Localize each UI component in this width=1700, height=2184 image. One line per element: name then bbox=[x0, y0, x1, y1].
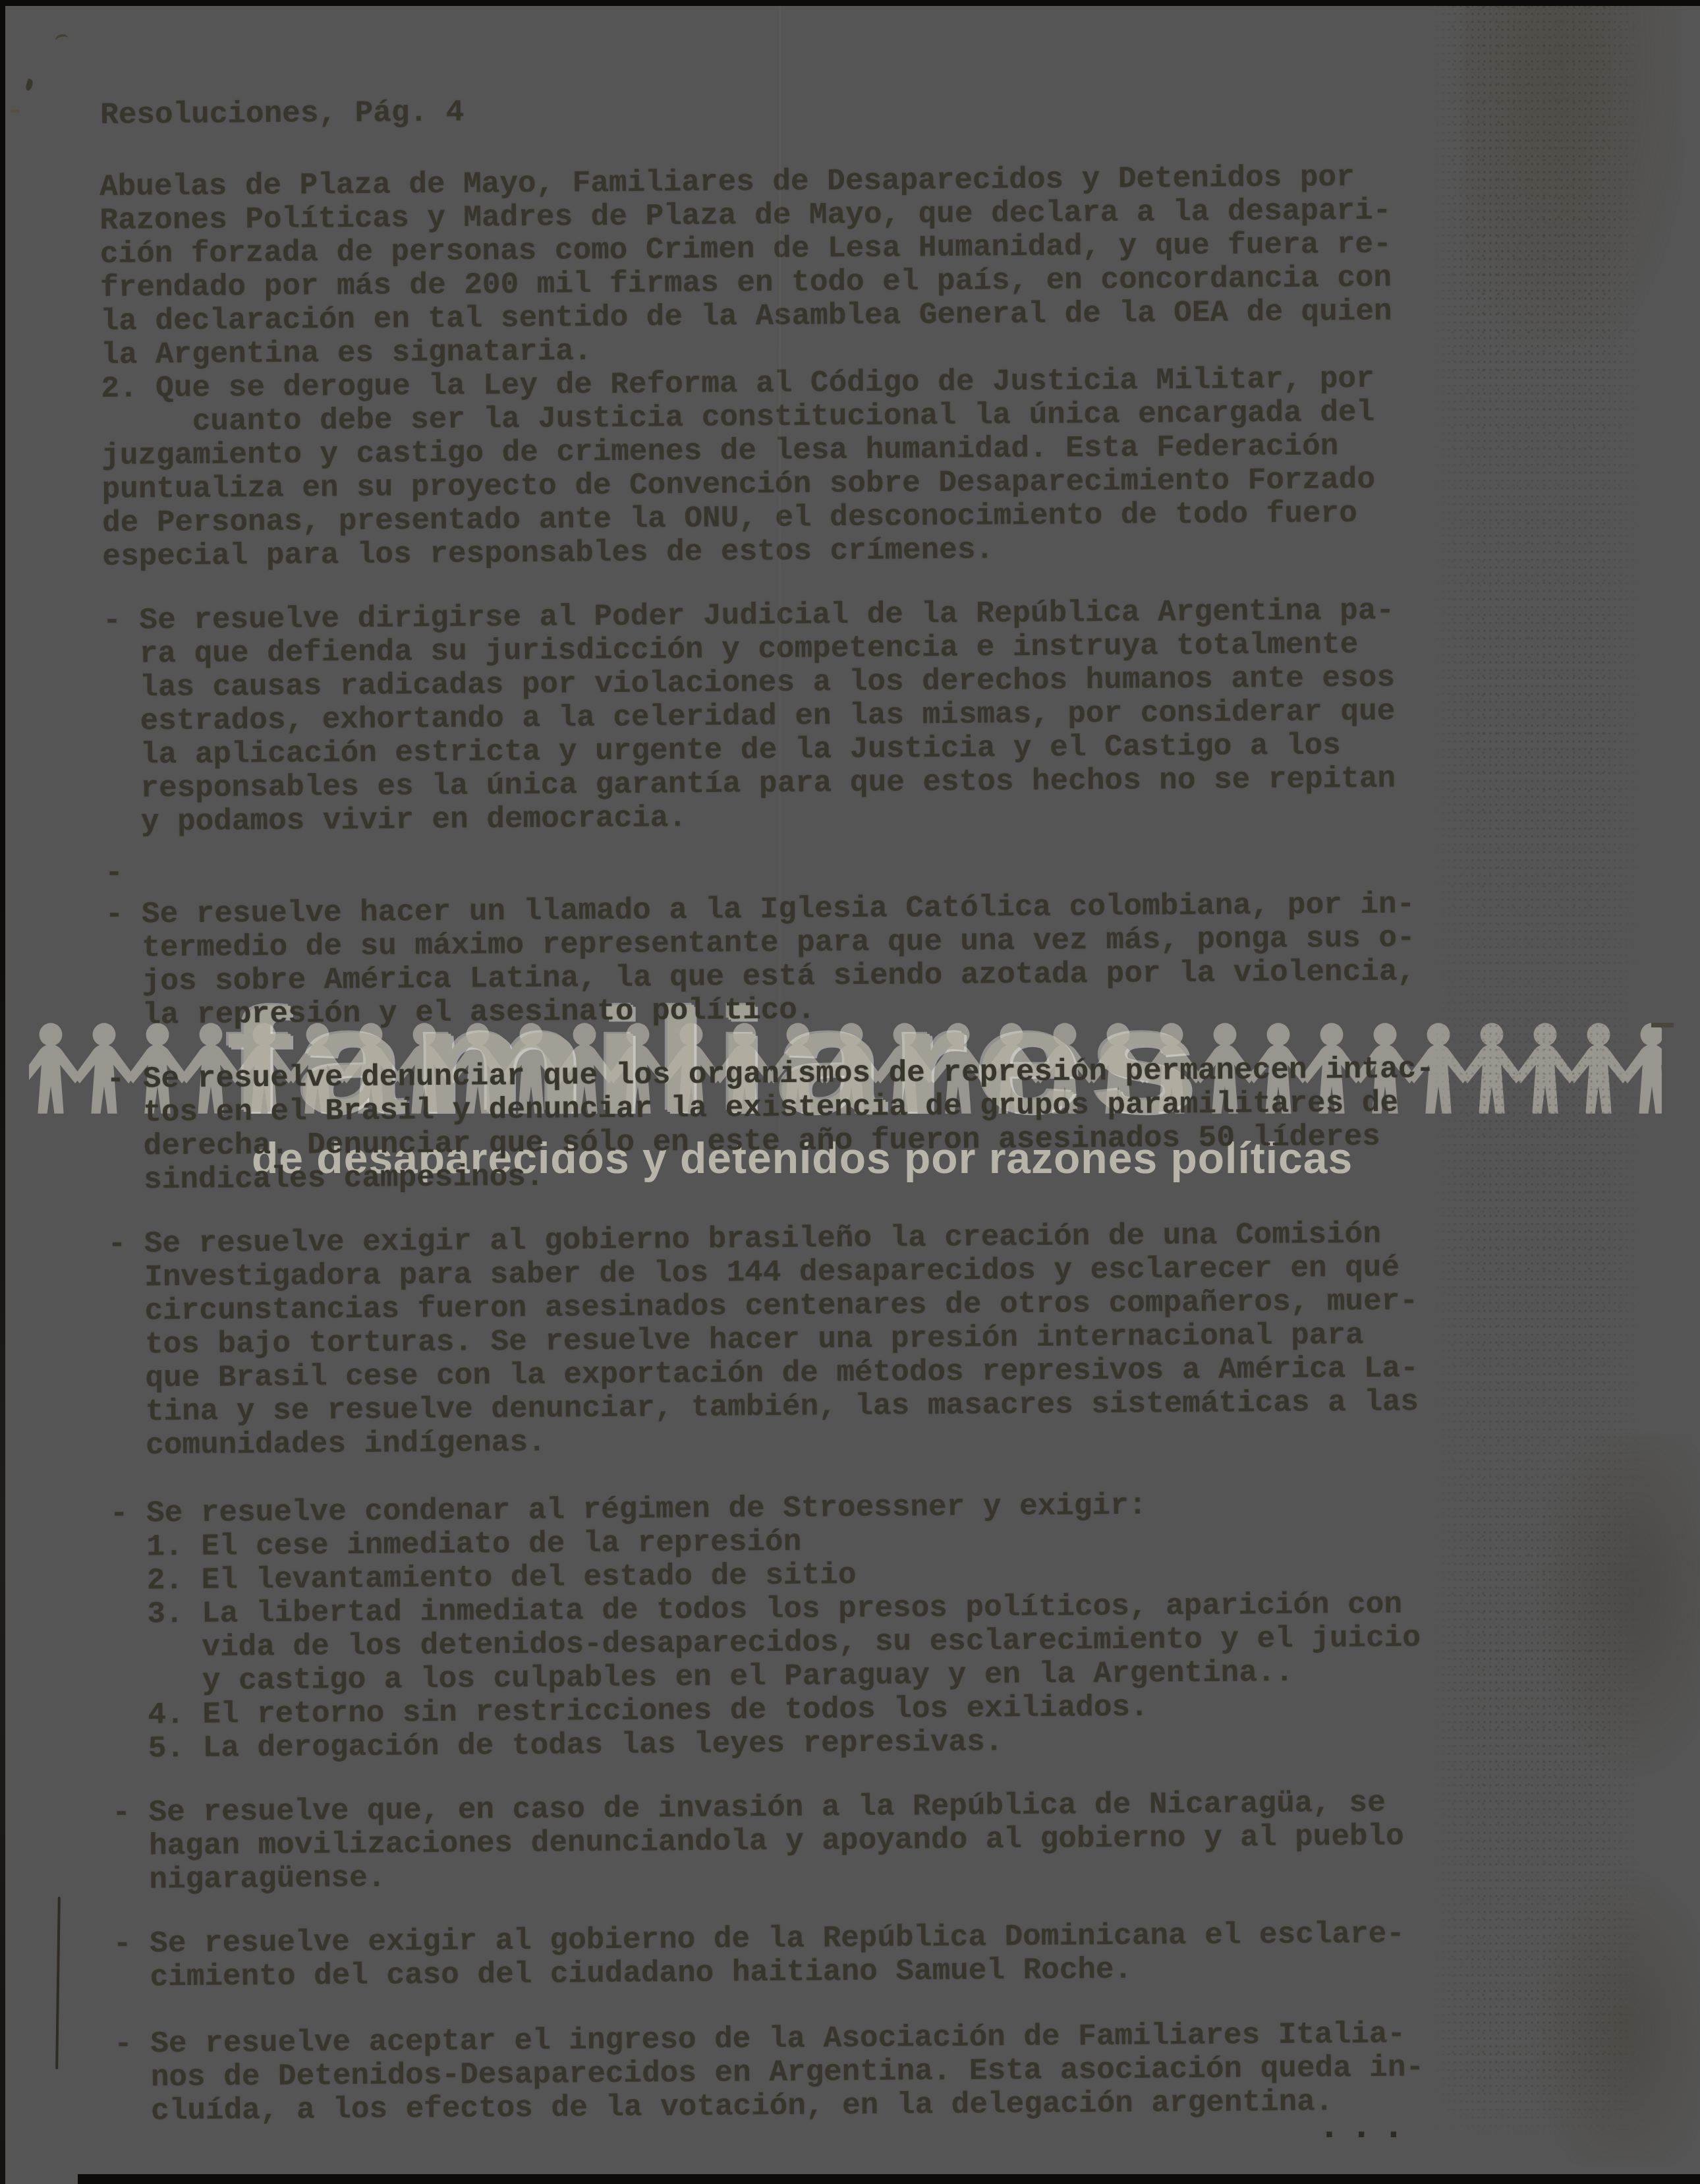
scanned-document-page: familiares de desaparecidos y detenidos … bbox=[0, 0, 1700, 2184]
scan-edge-left bbox=[0, 0, 5, 2184]
resolution-brasil-denuncia: - Se resuelve denunciar que los organism… bbox=[106, 1051, 1636, 1197]
scan-edge-top bbox=[0, 0, 1700, 6]
stray-pen-stroke bbox=[55, 1897, 61, 2069]
continuation-ellipsis: ... bbox=[1318, 2106, 1414, 2149]
resolution-iglesia: - Se resuelve hacer un llamado a la Igle… bbox=[105, 886, 1635, 1033]
stray-comma-mark bbox=[24, 78, 34, 92]
resolution-stroessner: - Se resuelve condenar al régimen de Str… bbox=[110, 1485, 1641, 1766]
toner-smudge-top-right bbox=[1463, 0, 1680, 343]
numbered-item-2: 2. Que se derogue la Ley de Reforma al C… bbox=[101, 360, 1631, 574]
resolution-nicaragua: - Se resuelve que, en caso de invasión a… bbox=[112, 1785, 1641, 1897]
toner-smudge-mid-right bbox=[1535, 1437, 1700, 1779]
toner-smudge-bottom-right bbox=[1535, 1872, 1700, 2162]
stray-dash-line: - bbox=[105, 845, 1633, 890]
resolution-dominicana: - Se resuelve exigir al gobierno de la R… bbox=[113, 1916, 1643, 1995]
page-title: Resoluciones, Pág. 4 bbox=[100, 87, 1628, 132]
resolution-judicial: - Se resuelve dirigirse al Poder Judicia… bbox=[103, 592, 1633, 840]
stray-caret-mark bbox=[55, 33, 70, 46]
paragraph-continuation: Abuelas de Plaza de Mayo, Familiares de … bbox=[99, 159, 1629, 372]
resolution-brasil-comision: - Se resuelve exigir al gobierno brasile… bbox=[107, 1216, 1638, 1463]
stray-dot-mark bbox=[11, 109, 20, 113]
paper-crease-line bbox=[779, 6, 781, 1139]
scan-edge-bottom bbox=[78, 2174, 1700, 2184]
stray-dash-mark bbox=[1651, 1023, 1674, 1027]
document-text-column: Resoluciones, Pág. 4 Abuelas de Plaza de… bbox=[99, 87, 1643, 2129]
